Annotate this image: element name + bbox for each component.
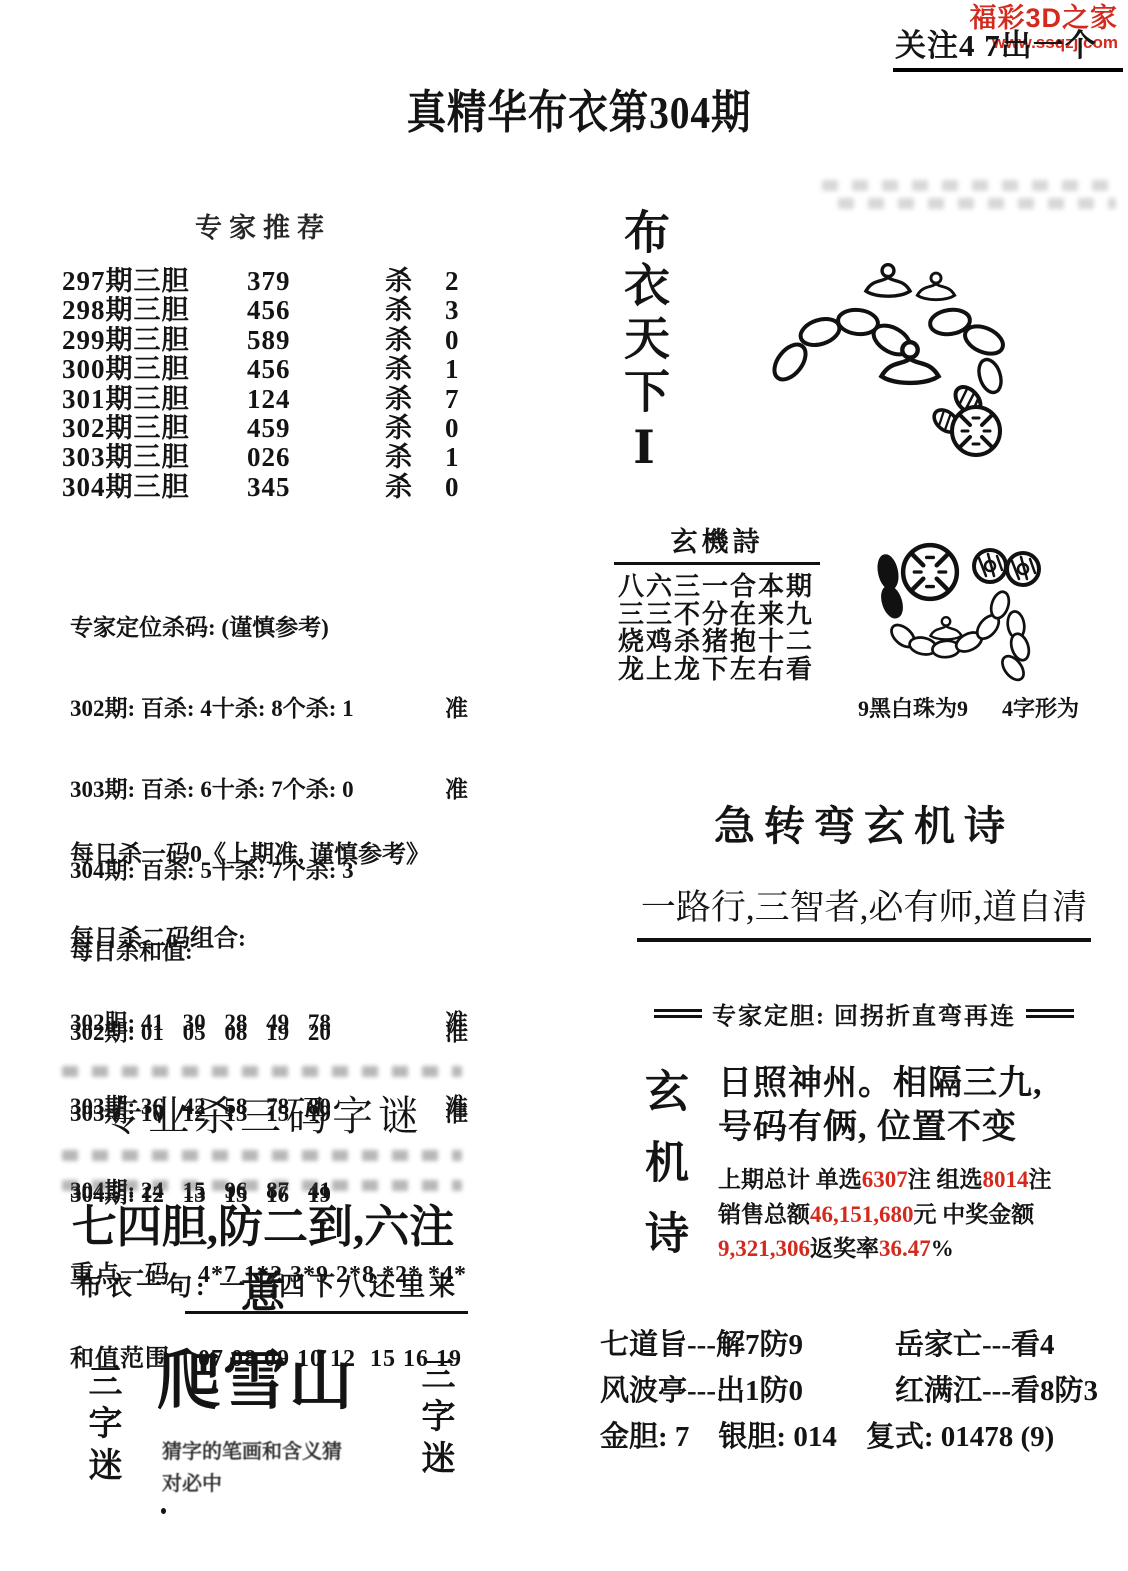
kill-value: 0: [445, 473, 464, 502]
lottery-prediction-sheet: 福彩3D之家 www.ssqzj.com 关注4 7出一个 真精华布衣第304期…: [0, 0, 1128, 1571]
three-word-label-left: 三字迷: [77, 1363, 126, 1489]
xuanji-shi-text: 日照神州。相隔三九, 号码有俩, 位置不变 上期总计 单选6307注 组选801…: [718, 1062, 1126, 1267]
dan-value: 379: [247, 267, 385, 296]
sub-heading: 每日杀二码组合:: [70, 925, 468, 953]
ink-dot-artifact: [161, 1508, 166, 1514]
recommend-row: 302期三胆459杀0: [62, 414, 464, 443]
picks-row: 七道旨---解7防9岳家亡---看4: [600, 1322, 1124, 1368]
poem-line: 三三不分在来九: [618, 601, 1128, 629]
three-word-riddle-section: 三字迷 爬雪山 猜字的笔画和含义猜 对必中 三字迷: [62, 1328, 464, 1563]
hit-mark: 准: [434, 1009, 468, 1037]
picks-row-final: 金胆: 7 银胆: 014 复式: 01478 (9): [600, 1414, 1124, 1460]
sharp-turn-line-wrap: 一路行,三智者,必有师,道自清: [600, 880, 1128, 942]
poem-line: 龙上龙下左右看: [618, 656, 1128, 684]
recommend-row: 303期三胆026杀1: [62, 443, 464, 472]
section-divider: [185, 1311, 468, 1314]
stats-text: 返奖率: [810, 1236, 879, 1261]
kill-label: 杀: [385, 355, 445, 384]
riddle-note-line1: 猜字的笔画和含义猜: [162, 1436, 342, 1468]
sharp-turn-heading: 急转弯玄机诗: [600, 793, 1128, 852]
stats-number: 36.47: [879, 1236, 931, 1261]
kill-position-row: 302期: 百杀: 4十杀: 8个杀: 1准: [70, 695, 468, 722]
period-label: 298期三胆: [62, 296, 247, 325]
dan-value: 124: [247, 385, 385, 414]
poem-line: 八六三一合本期: [618, 573, 1128, 601]
dan-value: 456: [247, 296, 385, 325]
stats-number: 8014: [983, 1167, 1029, 1192]
verse-line1: 日照神州。相隔三九,: [718, 1062, 1126, 1106]
period-label: 297期三胆: [62, 267, 247, 296]
period-label: 300期三胆: [62, 355, 247, 384]
kill-value: 7: [445, 385, 464, 414]
stats-line3: 9,321,306返奖率36.47%: [718, 1232, 1126, 1267]
final-picks-section: 七道旨---解7防9岳家亡---看4 风波亭---出1防0红满江---看8防3 …: [600, 1322, 1124, 1460]
pick-right: 红满江---看8防3: [895, 1368, 1124, 1414]
recommend-row: 298期三胆456杀3: [62, 296, 464, 325]
poem-lines: 八六三一合本期 三三不分在来九 烧鸡杀猪抱十二 龙上龙下左右看: [608, 573, 1128, 683]
xuanji-shi-section: 玄机诗 日照神州。相隔三九, 号码有俩, 位置不变 上期总计 单选6307注 组…: [600, 1040, 1128, 1305]
dan-value: 456: [247, 355, 385, 384]
kill-label: 杀: [385, 414, 445, 443]
recommend-row: 297期三胆379杀2: [62, 267, 464, 296]
dan-value: 026: [247, 443, 385, 472]
dan-value: 345: [247, 473, 385, 502]
coins-chain-sketch: [875, 542, 1047, 682]
poem-line: 烧鸡杀猪抱十二: [618, 628, 1128, 656]
faded-print-artifact: [822, 180, 1117, 191]
focus-note: 关注4 7出一个: [893, 20, 1123, 72]
three-word-label-right: 三字迷: [410, 1356, 459, 1482]
period-label: 301期三胆: [62, 385, 247, 414]
picks-row: 风波亭---出1防0红满江---看8防3: [600, 1368, 1124, 1414]
kill-value: 3: [445, 296, 464, 325]
stats-text: 注: [1029, 1167, 1052, 1192]
recommend-row: 300期三胆456杀1: [62, 355, 464, 384]
kill-value: 2: [445, 267, 464, 296]
riddle-answer: 爬雪山: [157, 1330, 355, 1422]
period-label: 304期三胆: [62, 473, 247, 502]
stats-line2: 销售总额46,151,680元 中奖金额: [718, 1198, 1126, 1233]
verse-line2: 号码有俩, 位置不变: [718, 1106, 1126, 1150]
dan-value: 589: [247, 326, 385, 355]
dan-value: 459: [247, 414, 385, 443]
kill-label: 杀: [385, 443, 445, 472]
row-text: 302胆: 41 30 28 49 78: [70, 1009, 434, 1037]
stats-number: 9,321,306: [718, 1236, 810, 1261]
sharp-turn-line: 一路行,三智者,必有师,道自清: [637, 880, 1091, 942]
stats-line1: 上期总计 单选6307注 组选8014注: [718, 1163, 1126, 1198]
kill-value: 1: [445, 443, 464, 472]
sketch-caption: 9黑白珠为9 4字形为: [858, 692, 1079, 723]
poem-heading: 玄機詩: [614, 520, 820, 565]
kill-two-row: 302胆: 41 30 28 49 78准: [70, 1009, 468, 1037]
double-line-left: [654, 1009, 702, 1018]
kill-label: 杀: [385, 296, 445, 325]
kill-value: 1: [445, 355, 464, 384]
xuanji-shi-vertical-title: 玄机诗: [630, 1068, 694, 1281]
pick-left: 七道旨---解7防9: [600, 1322, 895, 1368]
period-label: 303期三胆: [62, 443, 247, 472]
buyi-tianxia-section: 布衣天下Ⅰ: [600, 200, 1128, 510]
beads-ingots-sketch: [770, 258, 1006, 458]
stats-text: %: [931, 1236, 954, 1261]
expert-dan-heading: 专家定胆: 回拐折直弯再连: [712, 996, 1016, 1031]
xuanji-poem-section: 玄機詩 八六三一合本期 三三不分在来九 烧鸡杀猪抱十二 龙上龙下左右看: [608, 520, 1128, 730]
kill-label: 杀: [385, 473, 445, 502]
recommend-row: 301期三胆124杀7: [62, 385, 464, 414]
expert-recommend-section: 专家推荐 297期三胆379杀2 298期三胆456杀3 299期三胆589杀0…: [62, 206, 464, 502]
kill-value: 0: [445, 326, 464, 355]
period-label: 302胆:: [70, 1010, 135, 1035]
kill-label: 杀: [385, 267, 445, 296]
hit-mark: 准: [434, 695, 468, 722]
kill-label: 杀: [385, 326, 445, 355]
expert-dan-heading-row: 专家定胆: 回拐折直弯再连: [600, 996, 1128, 1031]
stats-text: 元 中奖金额: [914, 1202, 1035, 1227]
riddle-note-line2: 对必中: [162, 1468, 342, 1500]
kill-label: 杀: [385, 385, 445, 414]
faded-print-artifact: [62, 1066, 462, 1077]
stats-text: 销售总额: [718, 1202, 810, 1227]
kill-one-line: 每日杀一码0《上期准, 谨慎参考》: [70, 841, 468, 869]
row-text: 302期: 百杀: 4十杀: 8个杀: 1: [70, 695, 434, 722]
caption-right: 4字形为: [1002, 692, 1079, 723]
double-line-right: [1026, 1009, 1074, 1018]
stats-text: 注 组选: [908, 1167, 983, 1192]
recommend-row: 304期三胆345杀0: [62, 473, 464, 502]
caption-left: 9黑白珠为9: [858, 692, 968, 723]
section-heading: 专家定位杀码: (谨慎参考): [70, 614, 468, 641]
final-dan-line: 金胆: 7 银胆: 014 复式: 01478 (9): [600, 1414, 1054, 1460]
stats-text: 上期总计 单选: [718, 1167, 862, 1192]
sales-stats: 上期总计 单选6307注 组选8014注 销售总额46,151,680元 中奖金…: [718, 1163, 1126, 1267]
kill-three-riddle-title: 专业杀三码字谜: [62, 1083, 464, 1142]
period-label: 302期三胆: [62, 414, 247, 443]
riddle-note: 猜字的笔画和含义猜 对必中: [162, 1436, 342, 1500]
section-heading: 专家推荐: [62, 206, 464, 245]
pick-left: 风波亭---出1防0: [600, 1368, 895, 1414]
buyi-sentence: 布衣一句: 一上四下八还里来: [76, 1266, 471, 1303]
stats-number: 6307: [862, 1167, 908, 1192]
kill-value: 0: [445, 414, 464, 443]
pick-right: 岳家亡---看4: [895, 1322, 1124, 1368]
stats-number: 46,151,680: [810, 1202, 914, 1227]
page-title: 真精华布衣第304期: [107, 76, 1051, 142]
recommend-row: 299期三胆589杀0: [62, 326, 464, 355]
buyi-tianxia-title: 布衣天下Ⅰ: [610, 208, 676, 481]
period-label: 299期三胆: [62, 326, 247, 355]
numbers: 41 30 28 49 78: [141, 1010, 331, 1035]
faded-print-artifact: [62, 1150, 462, 1161]
